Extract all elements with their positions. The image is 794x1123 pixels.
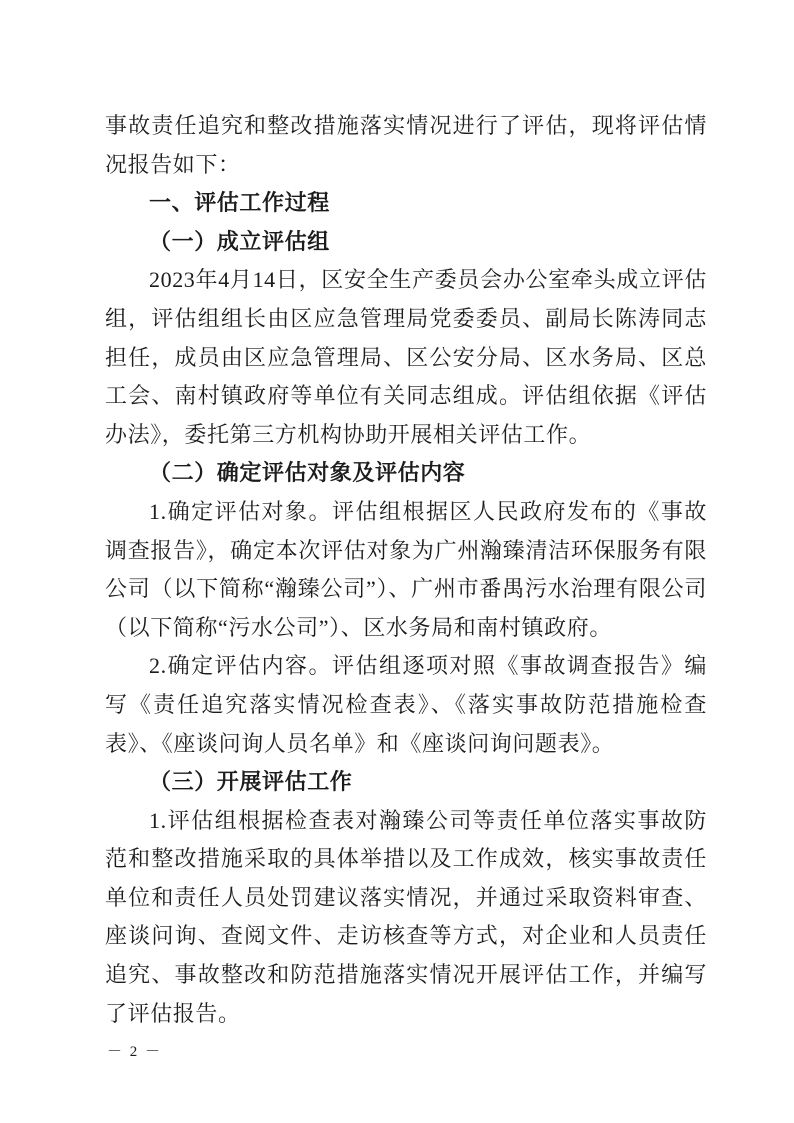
paragraph: 2023年4月14日，区安全生产委员会办公室牵头成立评估组，评估组组长由区应急管… (105, 261, 707, 454)
section-heading: （二）确定评估对象及评估内容 (105, 454, 707, 493)
section-heading: （三）开展评估工作 (105, 763, 707, 802)
document-page: 事故责任追究和整改措施落实情况进行了评估，现将评估情况报告如下：一、评估工作过程… (0, 0, 794, 1123)
paragraph: 1.评估组根据检查表对瀚臻公司等责任单位落实事故防范和整改措施采取的具体举措以及… (105, 802, 707, 1034)
paragraph: 2.确定评估内容。评估组逐项对照《事故调查报告》编写《责任追究落实情况检查表》、… (105, 647, 707, 763)
section-heading: （一）成立评估组 (105, 223, 707, 262)
document-body: 事故责任追究和整改措施落实情况进行了评估，现将评估情况报告如下：一、评估工作过程… (105, 107, 707, 1033)
page-number: － 2 － (107, 1040, 162, 1061)
paragraph: 1.确定评估对象。评估组根据区人民政府发布的《事故调查报告》，确定本次评估对象为… (105, 493, 707, 647)
section-heading: 一、评估工作过程 (105, 184, 707, 223)
paragraph: 事故责任追究和整改措施落实情况进行了评估，现将评估情况报告如下： (105, 107, 707, 184)
